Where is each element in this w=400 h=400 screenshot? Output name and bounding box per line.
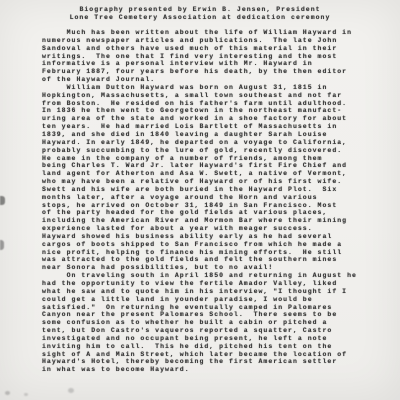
paper-smudge: [24, 393, 28, 396]
paragraph-settlement: On traveling south in April 1850 and ret…: [42, 272, 400, 374]
paragraph-introduction: Much has been written about the life of …: [42, 29, 400, 84]
document-body: Much has been written about the life of …: [42, 29, 400, 374]
scan-edge-artifact: [0, 240, 4, 250]
paper-smudge: [68, 388, 74, 393]
scanned-document-page: Biography presented by Erwin B. Jensen, …: [0, 0, 400, 400]
document-title: Biography presented by Erwin B. Jensen, …: [0, 0, 400, 22]
scan-edge-artifact: [0, 196, 5, 205]
paragraph-early-life: William Dutton Hayward was born on Augus…: [42, 84, 400, 272]
paper-smudge: [5, 391, 10, 395]
